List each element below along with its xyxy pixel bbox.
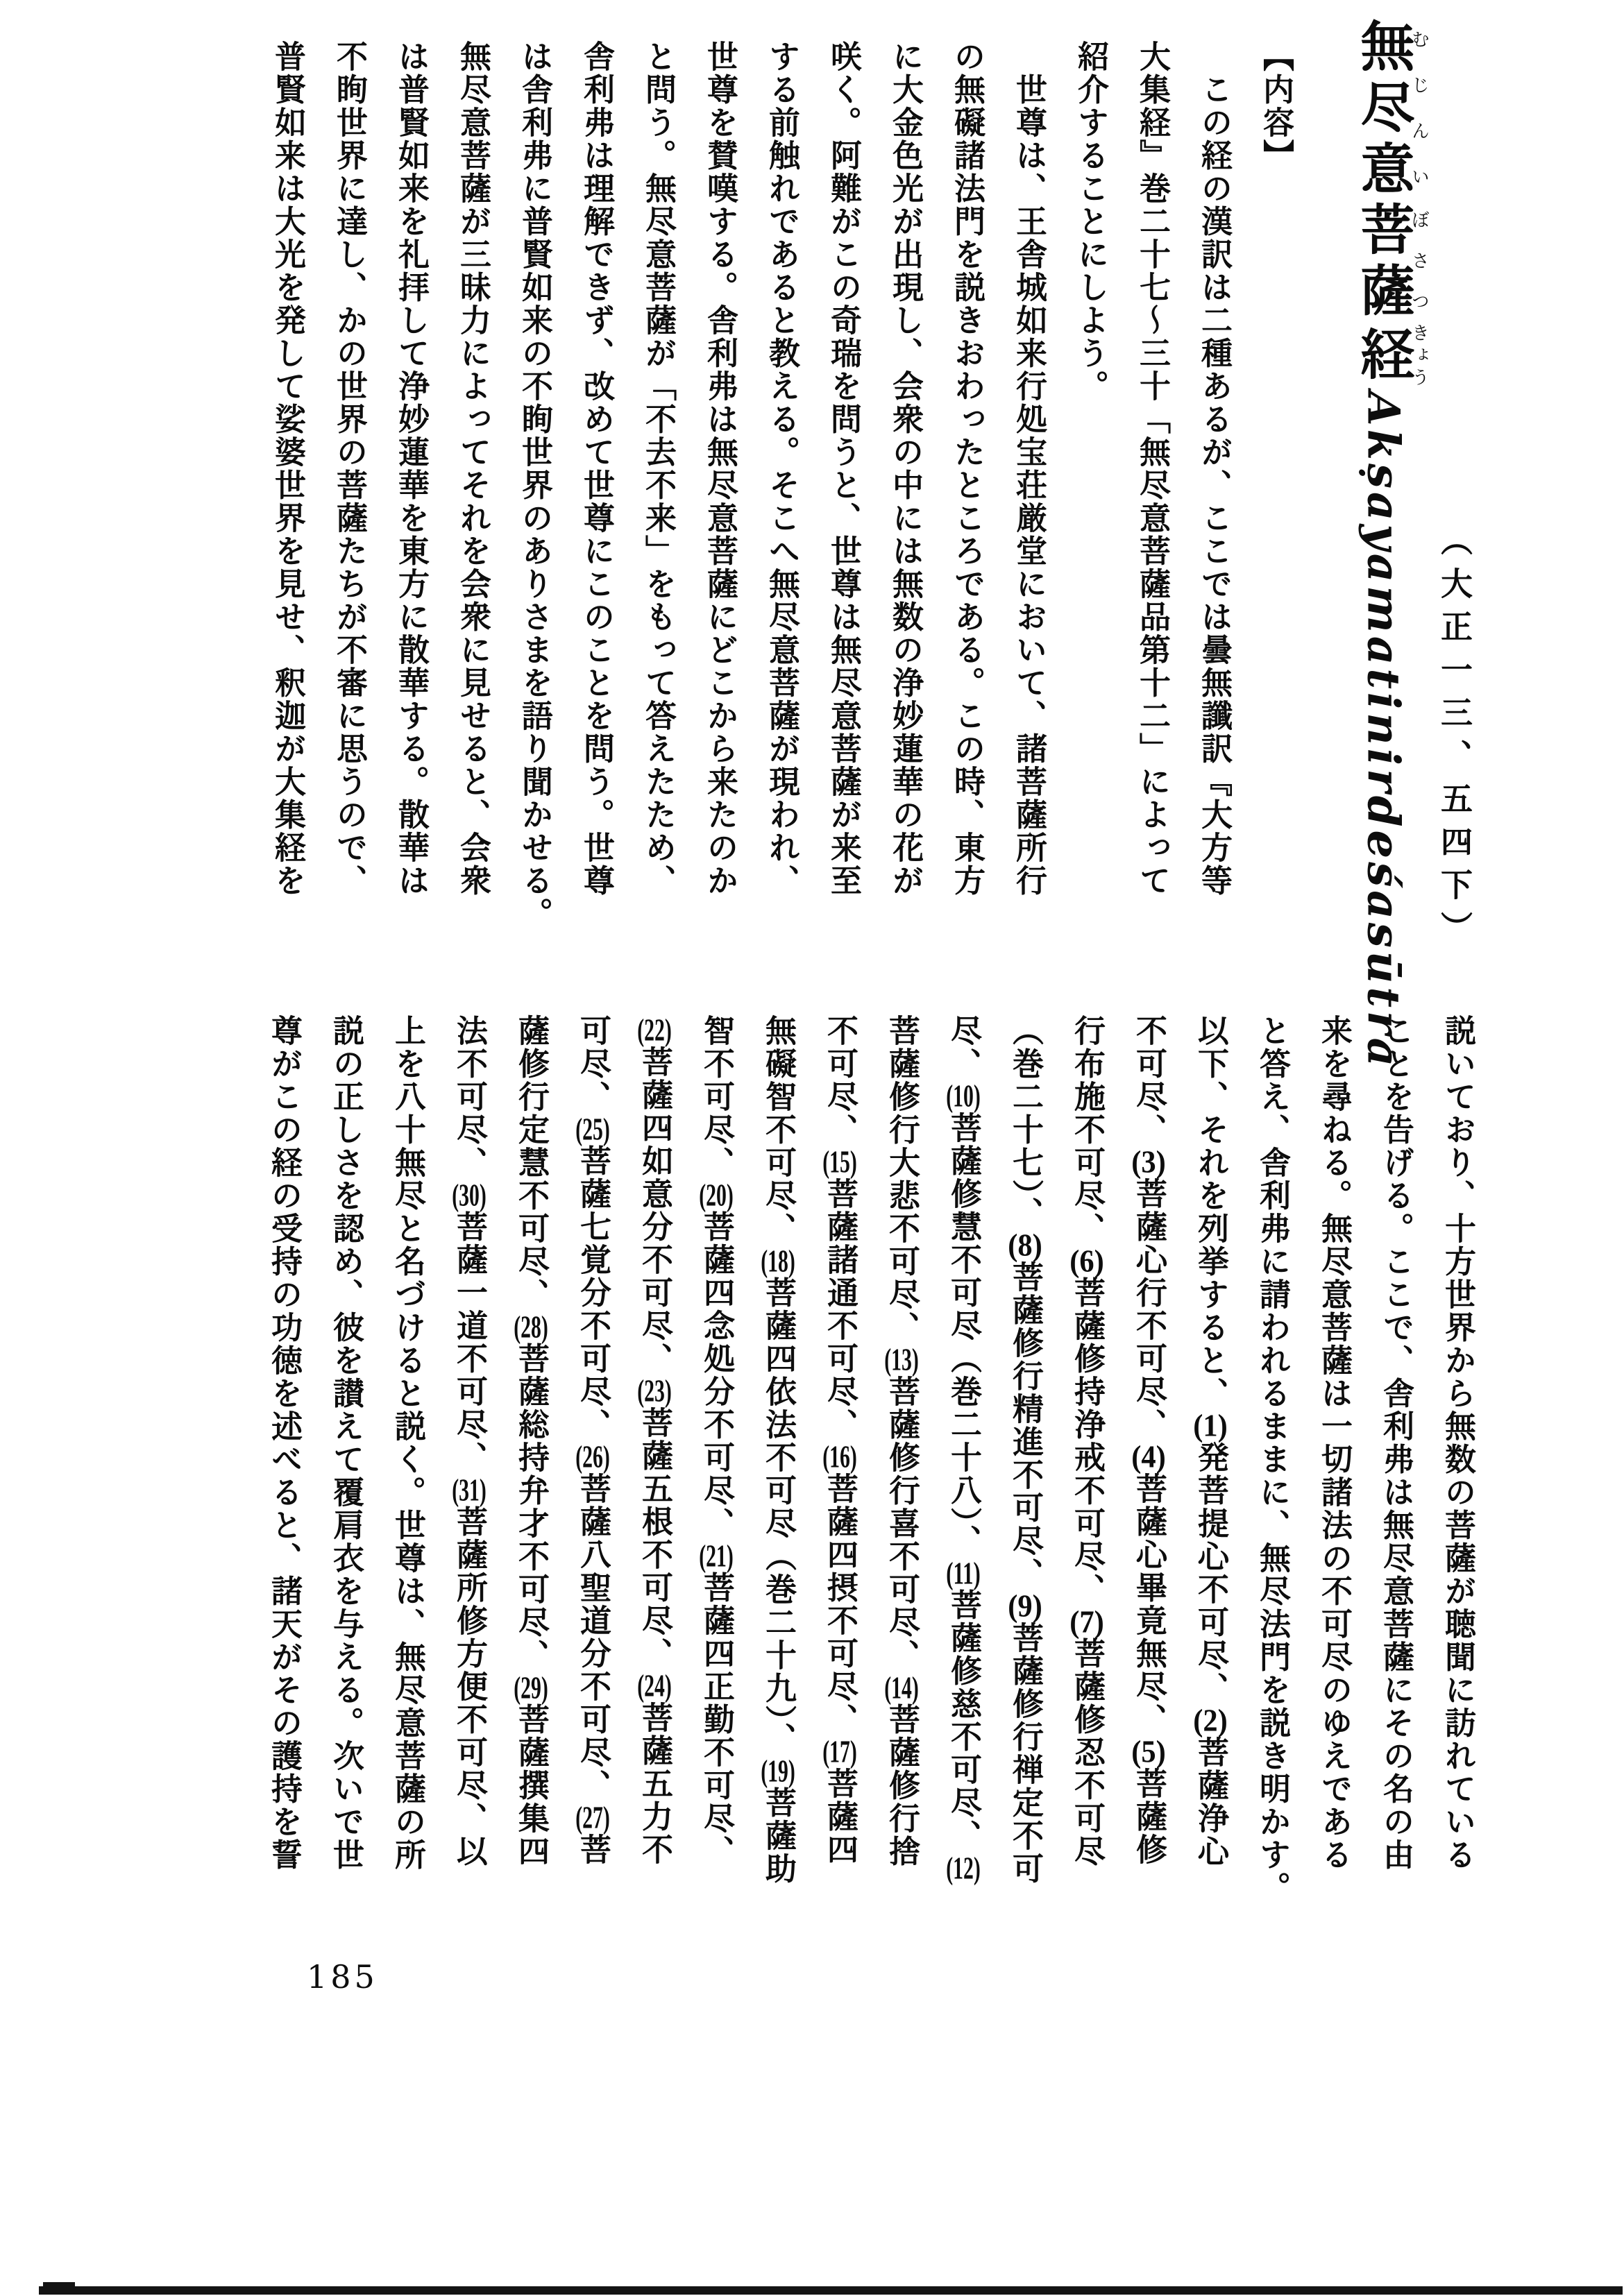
inline-number: (5) xyxy=(1131,1736,1166,1767)
text-column: 不可尽、(3)菩薩心行不可尽、(4)菩薩心畢竟無尽、(5)菩薩修 xyxy=(1117,1014,1179,1948)
text-column: に大金色光が出現し、会衆の中には無数の浄妙蓮華の花が xyxy=(874,40,936,973)
text-column: 法不可尽、(30)菩薩一道不可尽、(31)菩薩所修方便不可尽、以 xyxy=(438,1014,500,1948)
text-column: 尽、(10)菩薩修慧不可尽（巻二十八）、(11)菩薩修慈不可尽、(12) xyxy=(932,1014,994,1948)
title-block: 無尽意むじんい菩薩ぼさつ経きょう Akṣayamatinirdeśasūtra xyxy=(1344,18,1429,1059)
page-number: 185 xyxy=(307,1958,378,1996)
inline-number: (6) xyxy=(1069,1245,1104,1277)
inline-number: (3) xyxy=(1131,1146,1166,1177)
inline-number: (31) xyxy=(452,1474,487,1506)
text-column: 以下、それを列挙すると、(1)発菩提心不可尽、(2)菩薩浄心 xyxy=(1179,1014,1241,1948)
text-column: 不眴世界に達し、かの世界の菩薩たちが不審に思うので、 xyxy=(318,40,380,973)
scan-artifact-bar xyxy=(39,2286,1623,2295)
taisho-citation: （大正一三、五四下） xyxy=(1431,524,1477,954)
inline-number: (26) xyxy=(575,1441,610,1472)
section-label: 【内容】 xyxy=(1244,40,1306,973)
inline-number: (16) xyxy=(822,1441,857,1472)
text-column: 智不可尽、(20)菩薩四念処分不可尽、(21)菩薩四正勤不可尽、 xyxy=(685,1014,747,1948)
inline-number: (17) xyxy=(822,1736,857,1767)
inline-number: (25) xyxy=(575,1114,610,1145)
sanskrit-title: Akṣayamatinirdeśasūtra xyxy=(1357,391,1410,1070)
text-column: と問う。無尽意菩薩が「不去不来」をもって答えたため、 xyxy=(627,40,688,973)
text-column: 菩薩修行大悲不可尽、(13)菩薩修行喜不可尽、(14)菩薩修行捨 xyxy=(870,1014,932,1948)
text-column: は舎利弗に普賢如来の不眴世界のありさまを語り聞かせる。 xyxy=(503,40,565,973)
text-column: 薩修行定慧不可尽、(28)菩薩総持弁才不可尽、(29)菩薩撰集四 xyxy=(500,1014,561,1948)
inline-number: (7) xyxy=(1069,1606,1104,1638)
inline-number: (23) xyxy=(637,1375,672,1406)
text-column: 上を八十無尽と名づけると説く。世尊は、無尽意菩薩の所 xyxy=(376,1014,438,1948)
inline-number: (9) xyxy=(1008,1590,1042,1622)
text-column: 世尊を賛嘆する。舎利弗は無尽意菩薩にどこから来たのか xyxy=(688,40,750,973)
text-column: 咲く。阿難がこの奇瑞を問うと、世尊は無尽意菩薩が来至 xyxy=(812,40,874,973)
text-column: は普賢如来を礼拝して浄妙蓮華を東方に散華する。散華は xyxy=(380,40,441,973)
text-column: する前触れであると教える。そこへ無尽意菩薩が現われ、 xyxy=(750,40,812,973)
text-column: 可尽、(25)菩薩七覚分不可尽、(26)菩薩八聖道分不可尽、(27)菩 xyxy=(561,1014,623,1948)
text-column: (22)菩薩四如意分不可尽、(23)菩薩五根不可尽、(24)菩薩五力不 xyxy=(623,1014,685,1948)
inline-number: (22) xyxy=(637,1014,672,1046)
inline-number: (2) xyxy=(1193,1705,1228,1736)
inline-number: (18) xyxy=(761,1245,795,1277)
text-column: 舎利弗は理解できず、改めて世尊にこのことを問う。世尊 xyxy=(565,40,627,973)
text-column: 紹介することにしよう。 xyxy=(1059,40,1121,973)
inline-number: (29) xyxy=(514,1672,548,1703)
text-column: 大集経』巻二十七〜三十「無尽意菩薩品第十二」によって xyxy=(1121,40,1183,973)
document-page: （大正一三、五四下） 無尽意むじんい菩薩ぼさつ経きょう Akṣayamatini… xyxy=(0,0,1624,2296)
content-block-bottom: 説いており、十方世界から無数の菩薩が聴聞に訪れていることを告げる。ここで、舎利弗… xyxy=(253,1014,1488,1948)
text-column: 普賢如来は大光を発して娑婆世界を見せ、釈迦が大集経を xyxy=(256,40,318,973)
text-column: 無礙智不可尽、(18)菩薩四依法不可尽（巻二十九）、(19)菩薩助 xyxy=(747,1014,809,1948)
inline-number: (21) xyxy=(699,1540,734,1572)
inline-number: (15) xyxy=(822,1146,857,1177)
text-column: 世尊は、王舎城如来行処宝荘厳堂において、諸菩薩所行 xyxy=(997,40,1059,973)
text-column: 行布施不可尽、(6)菩薩修持浄戒不可尽、(7)菩薩修忍不可尽 xyxy=(1056,1014,1117,1948)
text-column: 来を尋ねる。無尽意菩薩は一切諸法の不可尽のゆえである xyxy=(1303,1014,1364,1948)
text-column: 説の正しさを認め、彼を讃えて覆肩衣を与える。次いで世 xyxy=(314,1014,376,1948)
text-column: 説いており、十方世界から無数の菩薩が聴聞に訪れている xyxy=(1426,1014,1488,1948)
text-column: 不可尽、(15)菩薩諸通不可尽、(16)菩薩四摂不可尽、(17)菩薩四 xyxy=(809,1014,870,1948)
text-column: と答え、舎利弗に請われるままに、無尽法門を説き明かす。 xyxy=(1241,1014,1303,1948)
inline-number: (24) xyxy=(637,1670,672,1701)
text-column: 無尽意菩薩が三昧力によってそれを会衆に見せると、会衆 xyxy=(441,40,503,973)
inline-number: (1) xyxy=(1193,1410,1228,1441)
inline-number: (28) xyxy=(514,1311,548,1343)
inline-number: (4) xyxy=(1131,1441,1166,1472)
inline-number: (12) xyxy=(946,1853,981,1884)
inline-number: (11) xyxy=(946,1558,981,1589)
inline-number: (8) xyxy=(1008,1230,1042,1261)
text-column: 尊がこの経の受持の功徳を述べると、諸天がその護持を誓 xyxy=(253,1014,314,1948)
content-block-top: 【内容】 この経の漢訳は二種あるが、ここでは曇無讖訳『大方等大集経』巻二十七〜三… xyxy=(256,40,1306,973)
inline-number: (10) xyxy=(946,1080,981,1112)
page-title: 無尽意むじんい菩薩ぼさつ経きょう xyxy=(1353,18,1414,389)
inline-number: (20) xyxy=(699,1180,734,1211)
text-column: この経の漢訳は二種あるが、ここでは曇無讖訳『大方等 xyxy=(1183,40,1244,973)
inline-number: (14) xyxy=(884,1672,919,1703)
text-column: （巻二十七）、(8)菩薩修行精進不可尽、(9)菩薩修行禅定不可 xyxy=(994,1014,1056,1948)
text-column: の無礙諸法門を説きおわったところである。この時、東方 xyxy=(936,40,997,973)
inline-number: (13) xyxy=(884,1344,919,1375)
inline-number: (27) xyxy=(575,1802,610,1833)
inline-number: (30) xyxy=(452,1180,487,1211)
text-column: ことを告げる。ここで、舎利弗は無尽意菩薩にその名の由 xyxy=(1364,1014,1426,1948)
inline-number: (19) xyxy=(761,1755,795,1787)
